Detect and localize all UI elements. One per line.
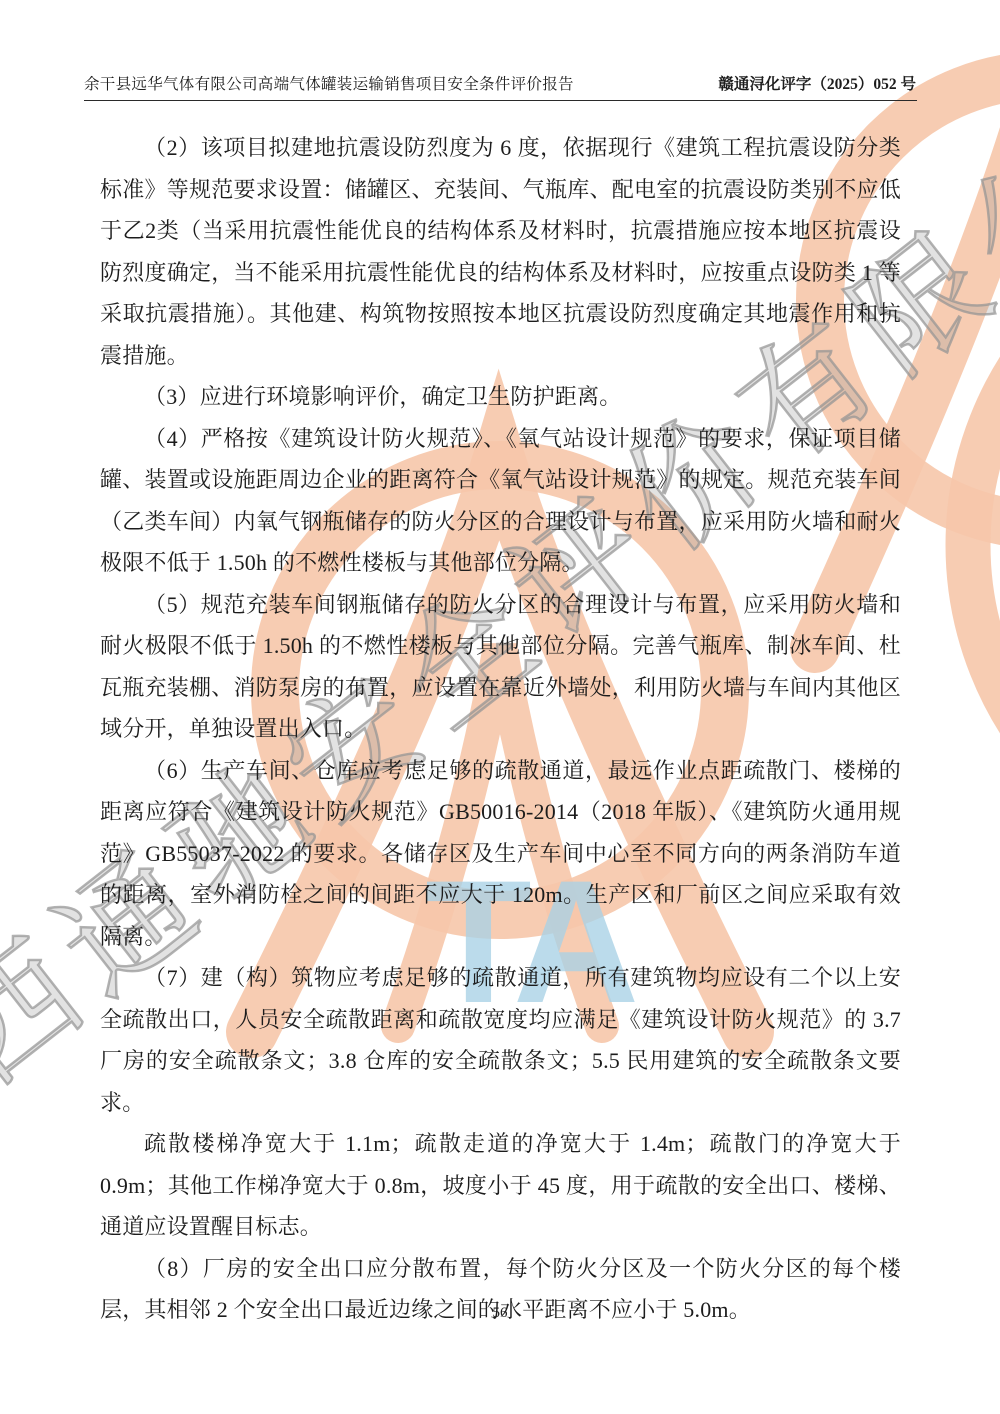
- paragraph: （7）建（构）筑物应考虑足够的疏散通道，所有建筑物均应设有二个以上安全疏散出口，…: [100, 957, 901, 1123]
- document-page: TA 江西通驰安全评价有限公司 余干县远华气体有限公司高端气体罐装运输销售项目安…: [0, 0, 1000, 1414]
- header-doc-number: 赣通浔化评字（2025）052 号: [718, 76, 916, 94]
- paragraph: 疏散楼梯净宽大于 1.1m；疏散走道的净宽大于 1.4m；疏散门的净宽大于 0.…: [100, 1123, 901, 1248]
- header-divider: [84, 100, 917, 101]
- page-header: 余干县远华气体有限公司高端气体罐装运输销售项目安全条件评价报告 赣通浔化评字（2…: [84, 76, 916, 94]
- page-number: 56: [0, 1305, 1000, 1322]
- paragraph: （2）该项目拟建地抗震设防烈度为 6 度，依据现行《建筑工程抗震设防分类标准》等…: [100, 127, 901, 376]
- paragraph: （5）规范充装车间钢瓶储存的防火分区的合理设计与布置，应采用防火墙和耐火极限不低…: [100, 584, 901, 750]
- document-body: （2）该项目拟建地抗震设防烈度为 6 度，依据现行《建筑工程抗震设防分类标准》等…: [100, 127, 901, 1331]
- header-report-title: 余干县远华气体有限公司高端气体罐装运输销售项目安全条件评价报告: [84, 76, 574, 94]
- paragraph: （3）应进行环境影响评价，确定卫生防护距离。: [100, 376, 901, 418]
- paragraph: （4）严格按《建筑设计防火规范》、《氧气站设计规范》的要求，保证项目储罐、装置或…: [100, 418, 901, 584]
- paragraph: （6）生产车间、仓库应考虑足够的疏散通道，最远作业点距疏散门、楼梯的距离应符合《…: [100, 750, 901, 958]
